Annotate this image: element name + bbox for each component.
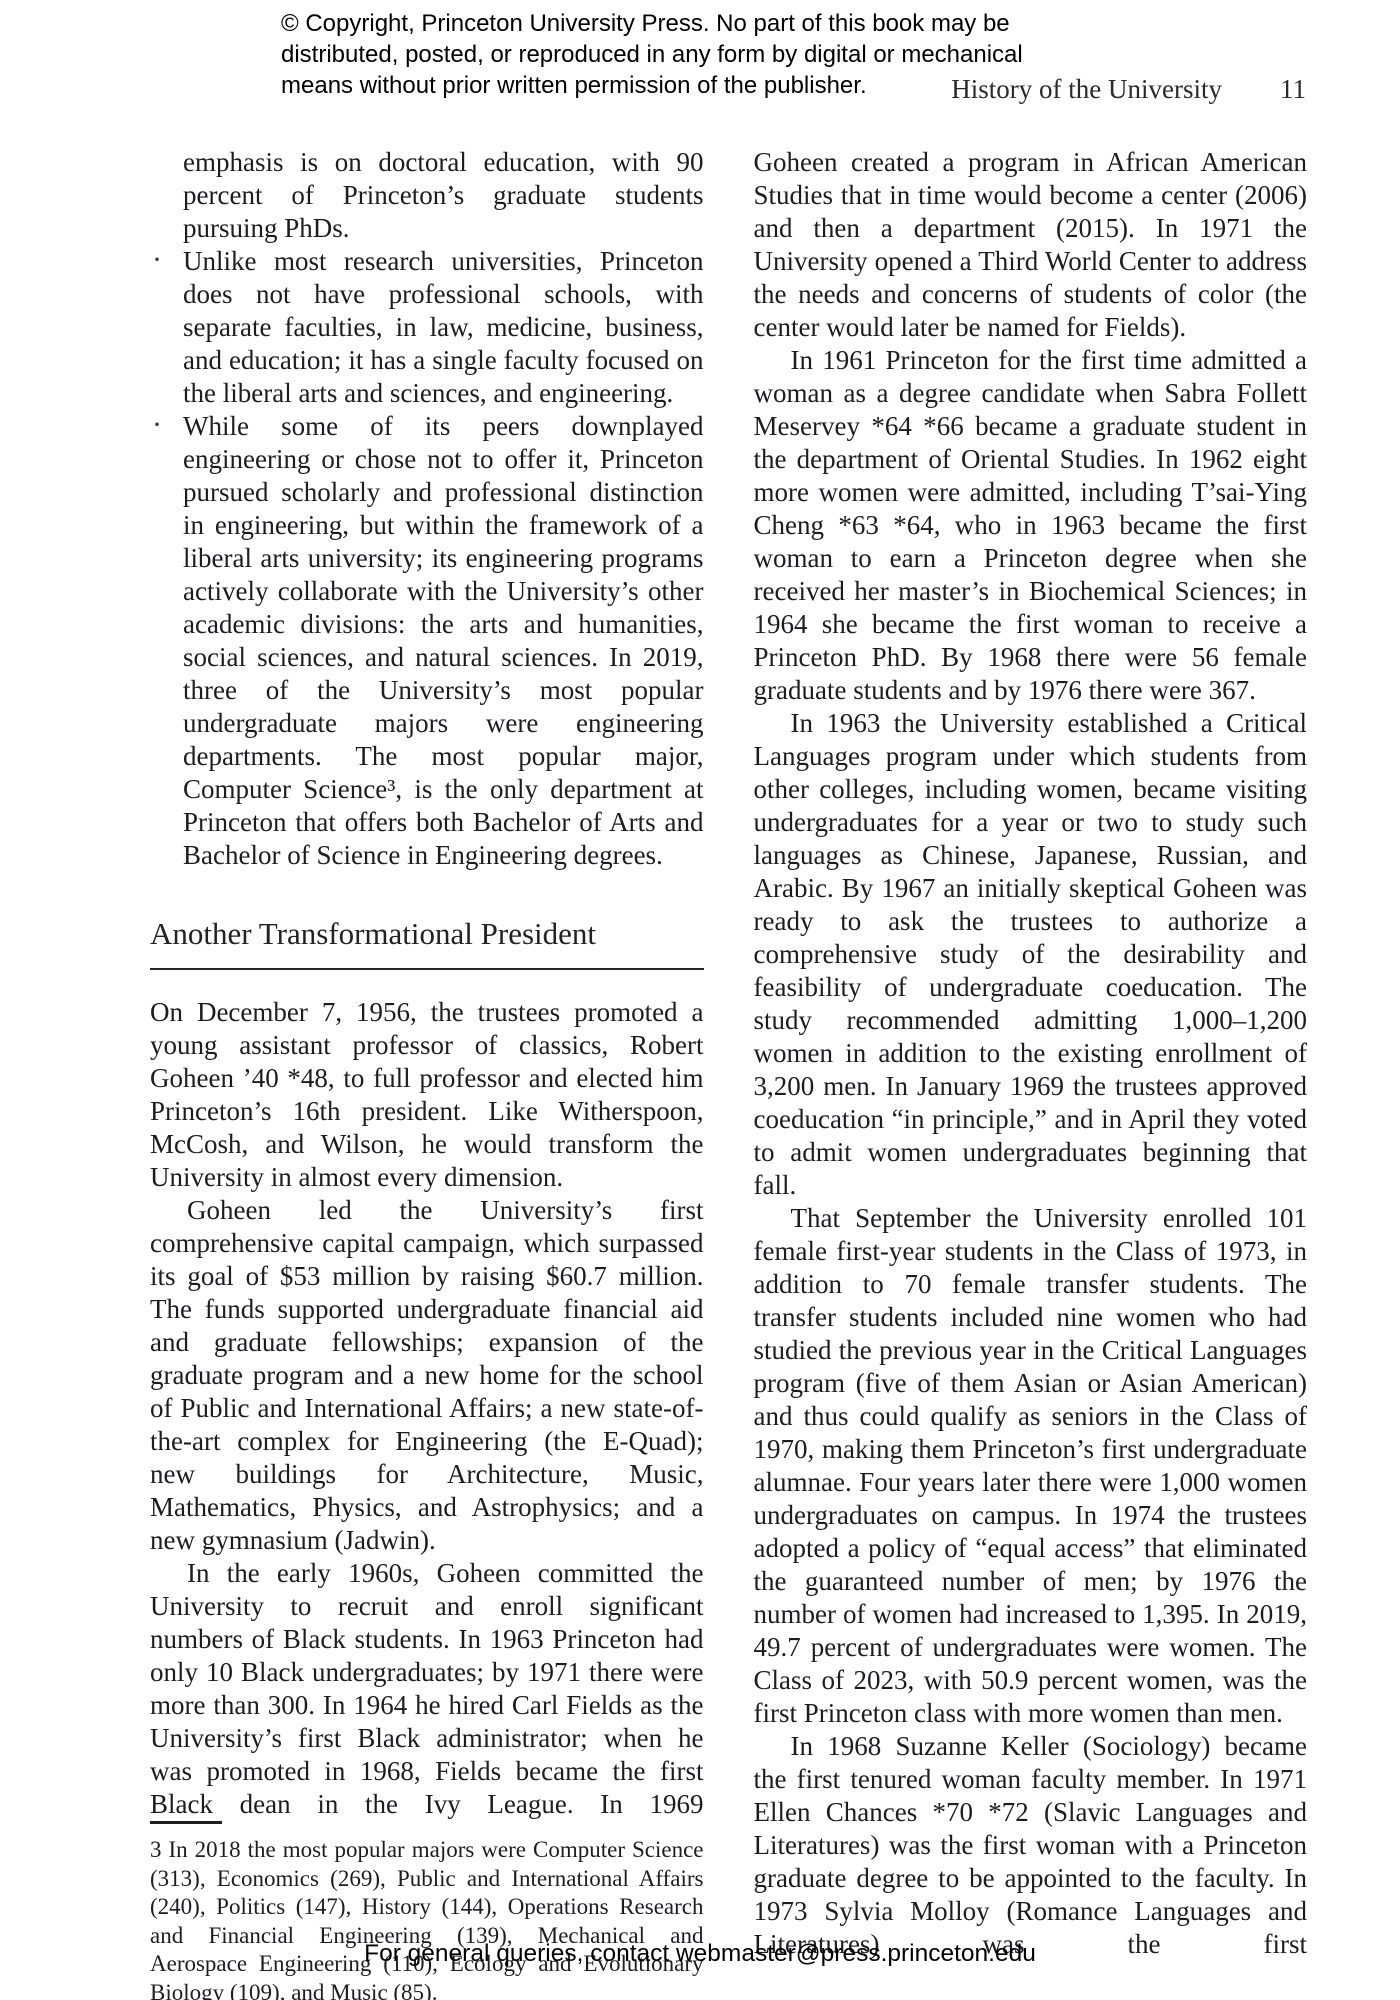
footer: For general queries, contact webmaster@p… (0, 1940, 1400, 1968)
footer-text: For general queries, contact webmaster@p… (364, 1940, 1036, 1967)
copyright-line: distributed, posted, or reproduced in an… (281, 39, 1023, 70)
left-column: emphasis is on doctoral education, with … (150, 146, 704, 1928)
running-head-title: History of the University (951, 74, 1222, 105)
section-heading-rule (150, 968, 704, 970)
body-paragraph: In the early 1960s, Goheen committed the… (150, 1557, 704, 1821)
list-item-text: Unlike most research universities, Princ… (183, 245, 704, 410)
copyright-line: © Copyright, Princeton University Press.… (281, 8, 1023, 39)
list-item-text: While some of its peers downplayed engin… (183, 410, 704, 872)
copyright-line: means without prior written permission o… (281, 70, 1023, 101)
list-continuation: emphasis is on doctoral education, with … (183, 146, 704, 245)
body-paragraph: That September the University enrolled 1… (754, 1202, 1308, 1730)
body-paragraph: In 1968 Suzanne Keller (Sociology) becam… (754, 1730, 1308, 1961)
right-column: Goheen created a program in African Amer… (754, 146, 1308, 1928)
list-item: · Unlike most research universities, Pri… (183, 245, 704, 410)
body-paragraph: In 1961 Princeton for the first time adm… (754, 344, 1308, 707)
footnote-text: 3 In 2018 the most popular majors were C… (150, 1836, 704, 2000)
footnote: 3 In 2018 the most popular majors were C… (150, 1821, 704, 2000)
bullet-icon: · (152, 243, 162, 276)
body-paragraph: In 1963 the University established a Cri… (754, 707, 1308, 1202)
bullet-list: emphasis is on doctoral education, with … (150, 146, 704, 872)
body-paragraph: Goheen led the University’s first compre… (150, 1194, 704, 1557)
copyright-notice: © Copyright, Princeton University Press.… (281, 8, 1023, 101)
bullet-icon: · (152, 408, 162, 441)
footnote-rule (150, 1821, 222, 1824)
section-heading: Another Transformational President (150, 916, 704, 952)
text-columns: emphasis is on doctoral education, with … (150, 146, 1307, 1928)
book-page: © Copyright, Princeton University Press.… (0, 0, 1400, 2000)
page-number: 11 (1280, 74, 1306, 105)
body-paragraph: Goheen created a program in African Amer… (754, 146, 1308, 344)
body-paragraph: On December 7, 1956, the trustees promot… (150, 996, 704, 1194)
running-head: History of the University 11 (951, 74, 1306, 105)
list-item: · While some of its peers downplayed eng… (183, 410, 704, 872)
